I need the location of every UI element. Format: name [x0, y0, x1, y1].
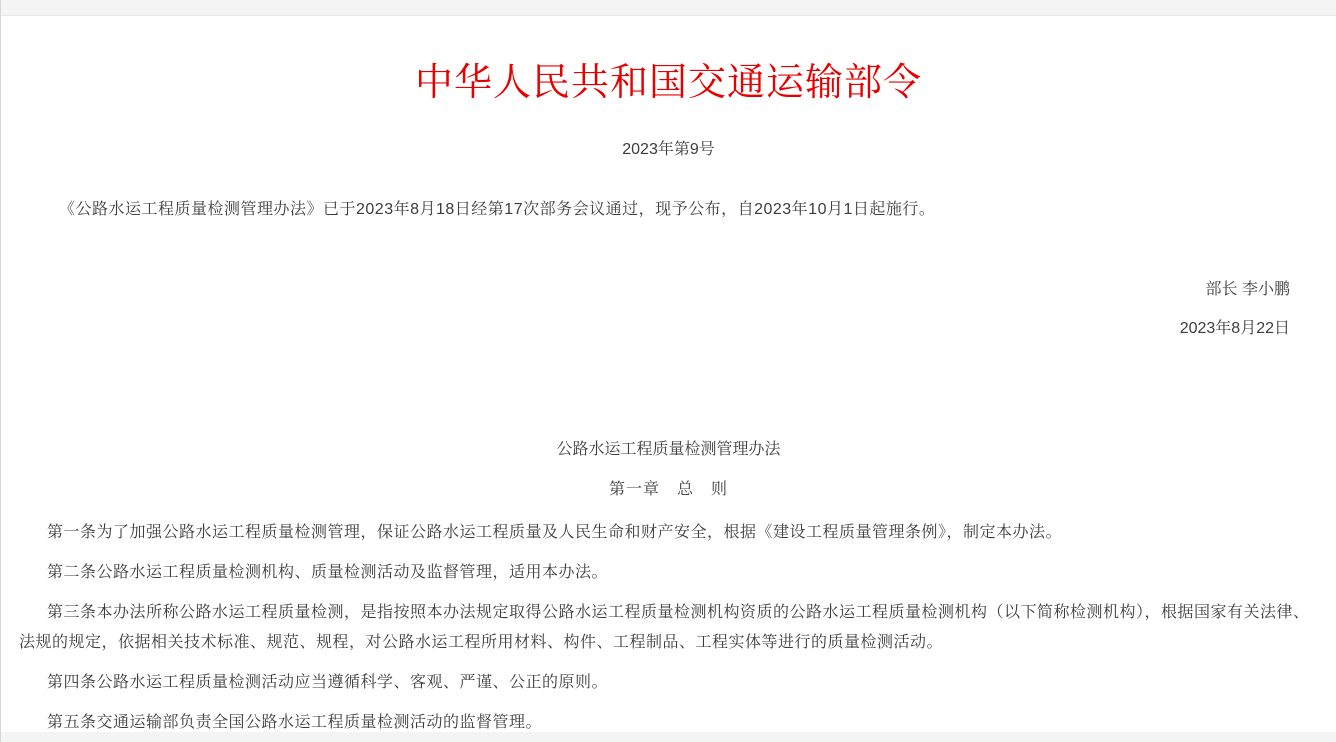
- window-left-border: [0, 0, 1, 742]
- document-page: 中华人民共和国交通运输部令 2023年第9号 《公路水运工程质量检测管理办法》已…: [1, 15, 1336, 732]
- page-title: 中华人民共和国交通运输部令: [19, 60, 1318, 106]
- article-5: 第五条交通运输部负责全国公路水运工程质量检测活动的监督管理。: [19, 708, 1318, 732]
- decree-number: 2023年第9号: [19, 135, 1318, 165]
- article-2: 第二条公路水运工程质量检测机构、质量检测活动及监督管理，适用本办法。: [19, 558, 1318, 588]
- article-1: 第一条为了加强公路水运工程质量检测管理，保证公路水运工程质量及人民生命和财产安全…: [19, 518, 1318, 548]
- article-3: 第三条本办法所称公路水运工程质量检测，是指按照本办法规定取得公路水运工程质量检测…: [19, 598, 1318, 658]
- articles-section: 第一条为了加强公路水运工程质量检测管理，保证公路水运工程质量及人民生命和财产安全…: [19, 518, 1318, 732]
- chapter-heading: 第一章 总 则: [19, 475, 1318, 505]
- minister-signature: 部长 李小鹏: [19, 275, 1290, 305]
- article-4: 第四条公路水运工程质量检测活动应当遵循科学、客观、严谨、公正的原则。: [19, 668, 1318, 698]
- regulation-title: 公路水运工程质量检测管理办法: [19, 435, 1318, 465]
- signature-date: 2023年8月22日: [19, 314, 1290, 344]
- signature-block: 部长 李小鹏 2023年8月22日: [19, 275, 1318, 344]
- promulgation-statement: 《公路水运工程质量检测管理办法》已于2023年8月18日经第17次部务会议通过，…: [19, 195, 1318, 225]
